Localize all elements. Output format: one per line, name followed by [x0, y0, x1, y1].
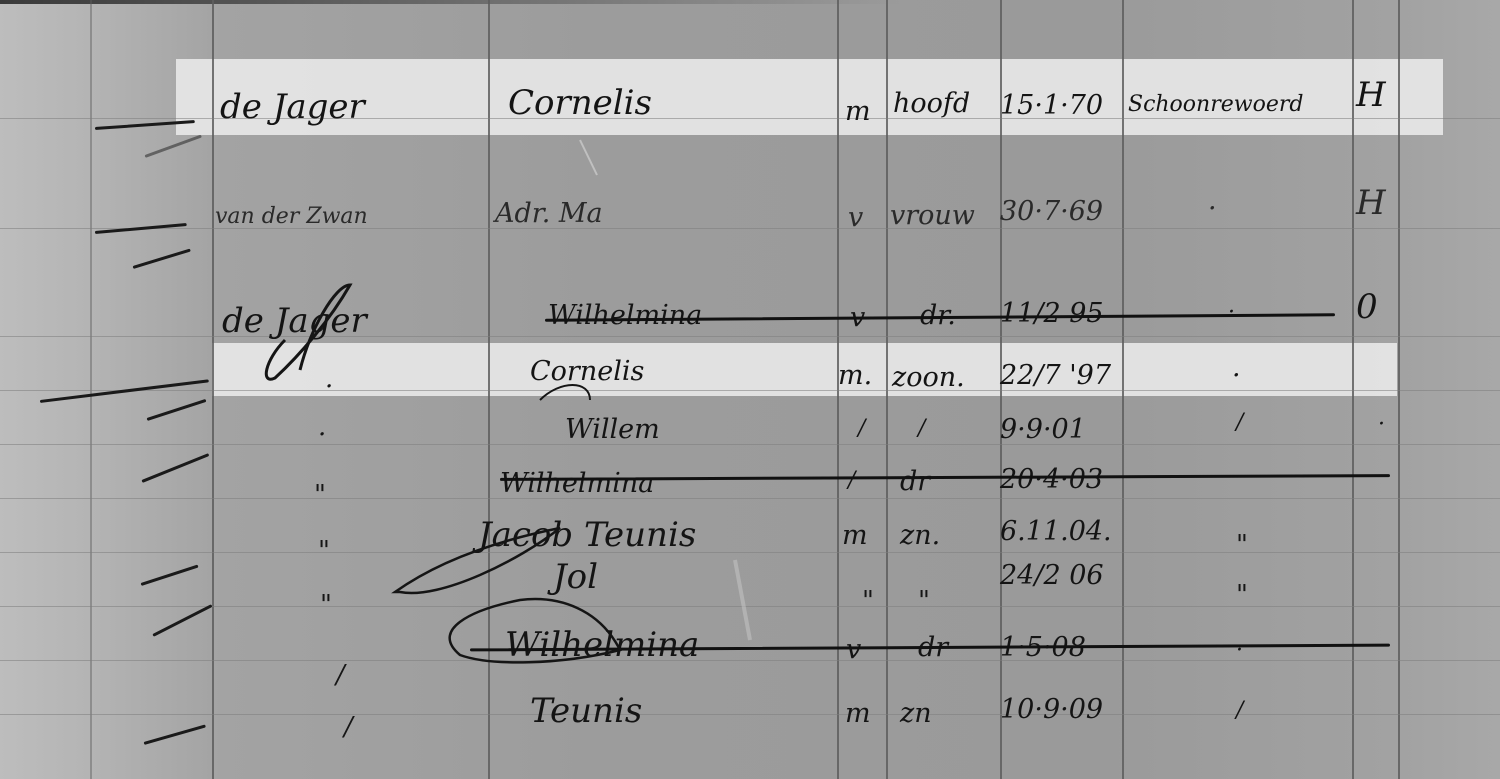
cell-relation: zn. — [900, 522, 940, 549]
cell-birth-date: 15·1·70 — [1000, 92, 1103, 119]
cell-birth-place: / — [1236, 412, 1243, 434]
cell-surname: " — [318, 536, 330, 566]
cell-given-names: Teunis — [530, 694, 642, 728]
margin-tick — [152, 604, 212, 637]
cell-given-names: Wilhelmina — [505, 628, 699, 662]
cell-sex: / — [858, 418, 865, 440]
cell-surname: de Jager — [222, 304, 367, 338]
cell-birth-place: " — [1236, 530, 1248, 560]
ruling-row — [0, 660, 1500, 661]
cell-relation: dr — [900, 468, 930, 495]
cell-surname: · — [325, 372, 333, 402]
ruling-row — [0, 714, 1500, 715]
cell-birth-date: 10·9·09 — [1000, 696, 1103, 723]
cell-relation: " — [918, 586, 930, 616]
margin-tick — [144, 135, 201, 158]
highlight-band-row-4 — [212, 343, 1397, 396]
margin-tick — [141, 565, 199, 586]
cell-given-names: Cornelis — [508, 86, 652, 120]
cell-birth-date: 22/7 '97 — [1000, 362, 1111, 389]
cell-birth-place: · — [1236, 640, 1243, 662]
cell-given-names: Willem — [565, 416, 660, 443]
cell-sex: m — [845, 700, 871, 727]
cell-religion: H — [1356, 78, 1386, 112]
cell-given-names: Wilhelmina — [548, 302, 702, 329]
cell-given-names: Adr. Ma — [495, 200, 603, 227]
ruling-row — [0, 444, 1500, 445]
cell-birth-place: · — [1232, 362, 1241, 389]
cell-given-names: Jol — [553, 560, 598, 594]
cell-relation: zn — [900, 700, 932, 727]
cell-surname: " — [314, 480, 326, 510]
ruling-row — [0, 390, 1500, 391]
ruling-row — [0, 552, 1500, 553]
cell-relation: hoofd — [893, 90, 970, 117]
margin-tick — [147, 399, 207, 421]
cell-surname: " — [320, 590, 332, 620]
cell-given-names: Wilhelmina — [500, 470, 654, 497]
cell-birth-place: " — [1236, 580, 1248, 610]
cell-birth-place: Schoonrewoerd — [1128, 94, 1303, 116]
cell-sex: / — [848, 470, 855, 492]
page-top-edge — [0, 0, 1500, 4]
cell-sex: " — [862, 586, 874, 616]
cell-sex: m — [845, 98, 871, 125]
cell-birth-date: 24/2 06 — [1000, 562, 1104, 589]
cell-given-names: Cornelis — [530, 358, 644, 385]
ruling-row — [0, 606, 1500, 607]
ruling-row — [0, 498, 1500, 499]
cell-birth-date: 9·9·01 — [1000, 416, 1086, 443]
cell-religion: H — [1356, 186, 1386, 220]
cell-sex: m — [842, 522, 868, 549]
cell-relation: vrouw — [890, 202, 975, 229]
cell-surname: / — [344, 712, 353, 742]
cell-religion: · — [1378, 414, 1385, 436]
cell-birth-place: / — [1236, 700, 1243, 722]
cell-relation: zoon. — [892, 364, 965, 391]
cell-birth-date: 6.11.04. — [1000, 518, 1112, 545]
cell-surname: · — [318, 420, 326, 450]
cell-surname: de Jager — [220, 90, 365, 124]
margin-tick — [133, 249, 191, 269]
margin-tick — [141, 453, 209, 483]
cell-surname: / — [336, 660, 345, 690]
cell-birth-date: 20·4·03 — [1000, 466, 1103, 493]
cell-birth-date: 30·7·69 — [1000, 198, 1103, 225]
cell-relation: / — [918, 418, 925, 440]
margin-tick — [144, 724, 206, 745]
cell-religion: 0 — [1356, 290, 1378, 324]
cell-surname: van der Zwan — [215, 206, 368, 228]
register-page: de Jager Cornelis m hoofd 15·1·70 Schoon… — [0, 0, 1500, 779]
cell-sex: v — [848, 204, 863, 231]
cell-sex: v — [846, 636, 861, 663]
cell-given-names: Jacob Teunis — [478, 518, 696, 552]
cell-birth-date: 11/2 95 — [1000, 300, 1104, 327]
cell-sex: m. — [838, 362, 872, 389]
cell-birth-place: · — [1208, 195, 1217, 222]
margin-tick — [40, 379, 209, 403]
